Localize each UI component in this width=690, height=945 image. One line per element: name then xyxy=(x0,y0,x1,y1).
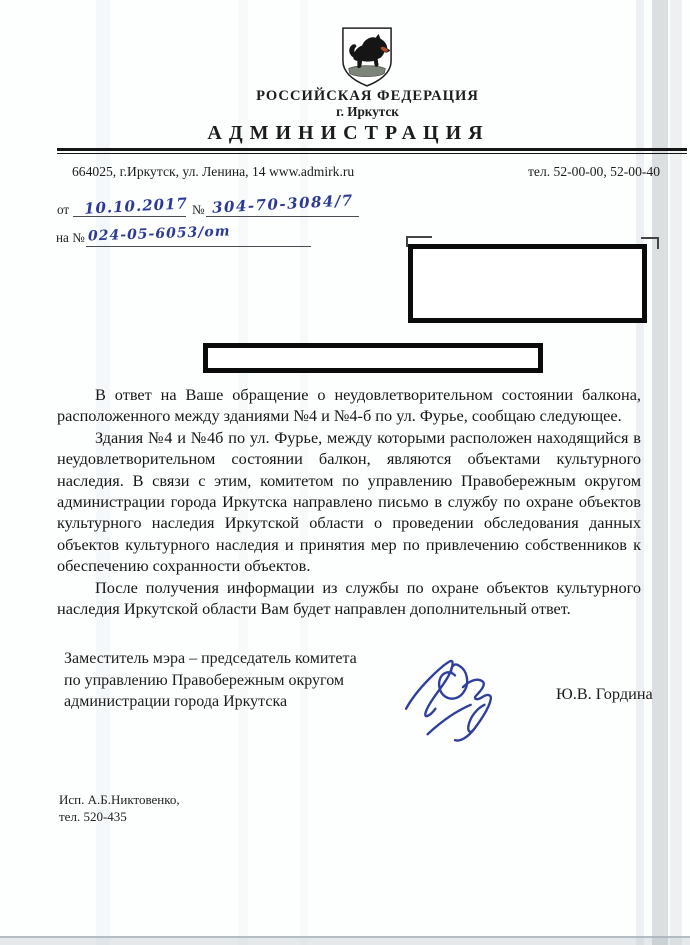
redaction-box-name xyxy=(203,343,543,373)
ref-reply-label: на № xyxy=(56,230,85,246)
organization-title: АДМИНИСТРАЦИЯ xyxy=(0,122,690,145)
signer-position-line: администрации города Иркутска xyxy=(64,691,404,713)
org-address: 664025, г.Иркутск, ул. Ленина, 14 www.ad… xyxy=(72,164,354,180)
paragraph: Здания №4 и №4б по ул. Фурье, между кото… xyxy=(57,427,641,577)
country-title: РОССИЙСКАЯ ФЕДЕРАЦИЯ xyxy=(45,88,690,105)
executor-block: Исп. А.Б.Никтовенко, тел. 520-435 xyxy=(59,791,180,825)
ref-number-underline xyxy=(206,216,359,217)
ref-reply-underline xyxy=(86,246,311,247)
letter-body: В ответ на Ваше обращение о неудовлетвор… xyxy=(57,384,641,619)
letterhead-divider xyxy=(57,148,687,154)
handwritten-date: 10.10.2017 xyxy=(84,194,189,217)
signer-name: Ю.В. Гордина xyxy=(556,684,653,704)
signer-position-line: по управлению Правобережным округом xyxy=(64,670,404,692)
paragraph: После получения информации из службы по … xyxy=(57,577,641,620)
signer-position-line: Заместитель мэра – председатель комитета xyxy=(64,648,404,670)
ref-number-label: № xyxy=(192,202,205,218)
handwritten-reply-number: 024-05-6053/от xyxy=(88,224,231,245)
executor-name: Исп. А.Б.Никтовенко, xyxy=(59,791,180,808)
handwritten-outgoing-number: 304-70-3084/7 xyxy=(212,191,355,216)
city-title: г. Иркутск xyxy=(45,104,690,120)
scan-bottom-shade xyxy=(0,938,690,945)
scanned-letter-page: РОССИЙСКАЯ ФЕДЕРАЦИЯ г. Иркутск АДМИНИСТ… xyxy=(0,0,690,945)
executor-phone: тел. 520-435 xyxy=(59,808,180,825)
paragraph: В ответ на Ваше обращение о неудовлетвор… xyxy=(57,384,641,427)
contact-row: 664025, г.Иркутск, ул. Ленина, 14 www.ad… xyxy=(72,164,660,180)
redaction-box-addressee xyxy=(408,244,647,323)
handwritten-signature xyxy=(398,648,516,746)
signer-position: Заместитель мэра – председатель комитета… xyxy=(64,648,404,713)
org-phones: тел. 52-00-00, 52-00-40 xyxy=(528,164,660,180)
irkutsk-coat-of-arms-icon xyxy=(341,26,393,88)
ref-from-label: от xyxy=(57,202,69,218)
